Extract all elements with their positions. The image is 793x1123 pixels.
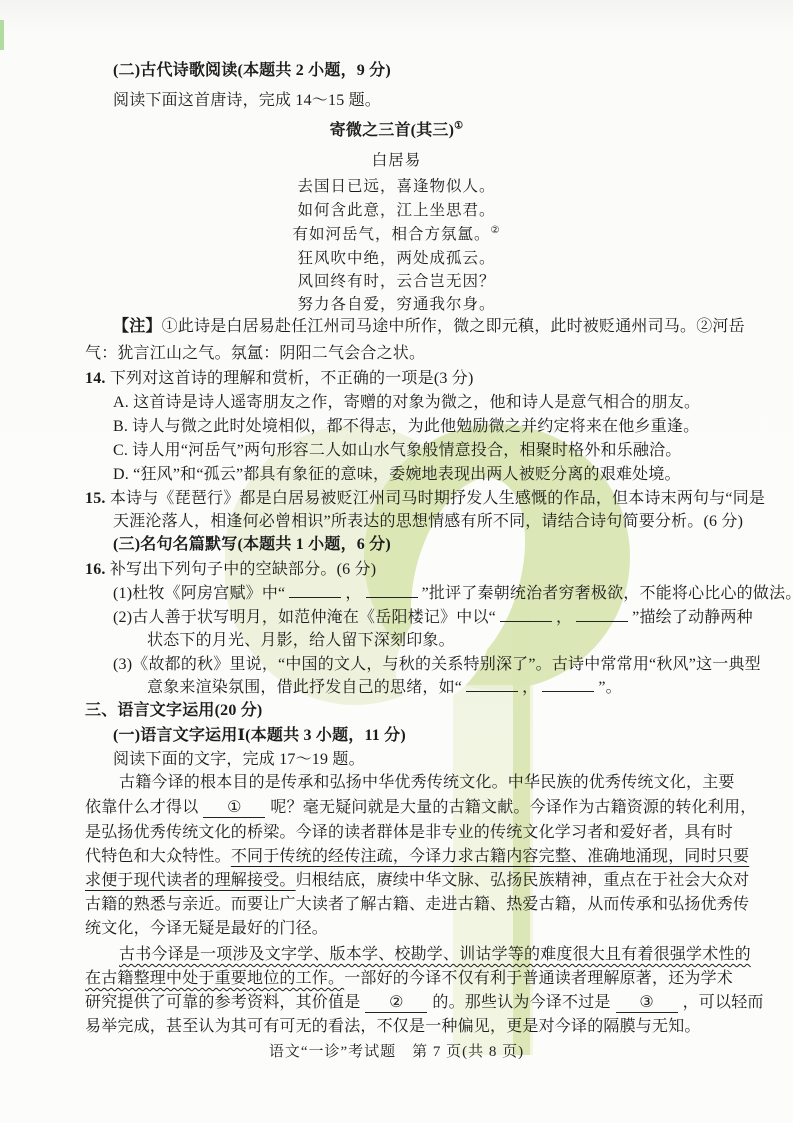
answer-blank (466, 677, 518, 692)
item3-text-b: 意象来渲染氛围，借此抒发自己的思绪，如“ (147, 679, 462, 696)
question-15-text: 本诗与《琵琶行》都是白居易被贬江州司马时期抒发人生感慨的作品，但本诗末两句与“同… (110, 490, 765, 507)
section3-sub-heading: (一)语言文字运用Ⅰ(本题共 3 小题，11 分) (113, 725, 406, 746)
poem-title-note-ref: ① (454, 121, 463, 132)
passage2-line4: 易举完成，甚至认为其可有可无的看法，不仅是一种偏见，更是对今译的隔膜与无知。 (85, 1016, 701, 1037)
passage1-line1: 古籍今译的根本目的是传承和弘扬中华优秀传统文化。中华民族的优秀传统文化，主要 (119, 772, 735, 793)
item1-text-a: (1)杜牧《阿房宫赋》中“ (113, 585, 285, 602)
passage2-text: 一部好的今译不仅有利于普通读者理解原著，还为学术 (344, 970, 733, 987)
answer-blank (366, 583, 418, 598)
poem-title-text: 寄微之三首(其三) (330, 122, 454, 139)
passage2-text: 的。那些认为今译不过是 (432, 994, 610, 1011)
passage2-text: ，可以轻而 (683, 994, 764, 1011)
numbered-blank-3: ③ (616, 994, 678, 1013)
question-14-option-d: D. “狂风”和“孤云”都具有象征的意味，委婉地表现出两人被贬分离的艰难处境。 (113, 464, 681, 485)
note-text: ①此诗是白居易赴任江州司马途中所作，微之即元稹，此时被贬通州司马。②河岳 (162, 318, 745, 335)
item3-text-c: ， (522, 679, 538, 696)
item2-text-b: ， (556, 609, 572, 626)
section-mo-heading: (三)名句名篇默写(本题共 1 小题，6 分) (113, 534, 391, 555)
poem-line-text: 有如河岳气，相合方氛氲。 (293, 226, 491, 243)
passage1-text: 呢？毫无疑问就是大量的古籍文献。今译作为古籍资源的转化利用， (270, 799, 756, 816)
item1-text-b: ， (345, 585, 361, 602)
passage1-text: 代特色和大众特性。 (85, 848, 231, 865)
passage1-line3: 是弘扬优秀传统文化的桥梁。今译的读者群体是非专业的传统文化学习者和爱好者，具有时 (85, 822, 733, 843)
answer-blank (576, 607, 628, 622)
question-14-option-c: C. 诗人用“河岳气”两句形容二人如山水气象般情意投合，相聚时格外和乐融洽。 (113, 440, 681, 461)
answer-blank (500, 607, 552, 622)
poem-note-line1: 【注】①此诗是白居易赴任江州司马途中所作，微之即元稹，此时被贬通州司马。②河岳 (113, 316, 745, 337)
question-16-item1: (1)杜牧《阿房宫赋》中“，”批评了秦朝统治者穷奢极欲，不能将心比心的做法。 (113, 583, 793, 604)
poem-line: 去国日已远，喜逢物似人。 (0, 176, 793, 197)
answer-blank (542, 677, 594, 692)
poem-note-ref: ② (491, 225, 501, 236)
question-16-number: 16. (85, 561, 106, 578)
item3-text-d: ”。 (598, 679, 622, 696)
section3-intro: 阅读下面的文字，完成 17～19 题。 (113, 749, 365, 770)
note-label: 【注】 (113, 318, 162, 335)
question-16-item2-line2: 状态下的月光、月影，给人留下深刻印象。 (147, 630, 455, 651)
poem-line: 如何含此意，江上坐思君。 (0, 200, 793, 221)
passage2-line1: 古书今译是一项涉及文字学、版本学、校勘学、训诂学等的难度很大且有着很强学术性的 (119, 944, 751, 965)
passage1-line2: 依靠什么才得以①呢？毫无疑问就是大量的古籍文献。今译作为古籍资源的转化利用， (85, 797, 756, 818)
passage1-text: 依靠什么才得以 (85, 799, 198, 816)
section2-heading: (二)古代诗歌阅读(本题共 2 小题，9 分) (113, 60, 391, 81)
passage1-line5: 求便于现代读者的理解接受。归根结底，赓续中华文脉、弘扬民族精神，重点在于社会大众… (85, 870, 749, 891)
scan-artifact (0, 20, 4, 50)
poem-title: 寄微之三首(其三)① (0, 120, 793, 141)
passage2-line3: 研究提供了可靠的参考资料，其价值是②的。那些认为今译不过是③，可以轻而 (85, 992, 764, 1013)
question-16-text: 补写出下列句子中的空缺部分。(6 分) (110, 561, 376, 578)
underlined-sentence: 不同于传统的经传注疏，今译力求古籍内容完整、准确地涌现，同时只要 (231, 848, 749, 865)
passage1-text: 归根结底，赓续中华文脉、弘扬民族精神，重点在于社会大众对 (296, 872, 750, 889)
question-14-option-a: A. 这首诗是诗人遥寄朋友之作，寄赠的对象为微之，他和诗人是意气相合的朋友。 (113, 392, 700, 413)
question-16-stem: 16. 补写出下列句子中的空缺部分。(6 分) (85, 559, 376, 580)
poem-line: 努力各自爱，穷通我尔身。 (0, 294, 793, 315)
question-15-line1: 15. 本诗与《琵琶行》都是白居易被贬江州司马时期抒发人生感慨的作品，但本诗末两… (85, 488, 765, 509)
question-15-line2: 天涯沦落人，相逢何必曾相识”所表达的思想情感有所不同，请结合诗句简要分析。(6 … (113, 511, 743, 532)
wavy-underlined-sentence: 古书今译是一项涉及文字学、版本学、校勘学、训诂学等的难度很大且有着很强学术性的 (119, 946, 751, 963)
passage1-line7: 统文化，今译无疑是最好的门径。 (85, 918, 328, 939)
poem-author: 白居易 (0, 150, 793, 171)
poem-note-line2: 气：犹言江山之气。氛氲：阴阳二气会合之状。 (85, 343, 425, 364)
question-15-number: 15. (85, 490, 106, 507)
numbered-blank-1: ① (203, 799, 265, 818)
passage1-line4: 代特色和大众特性。不同于传统的经传注疏，今译力求古籍内容完整、准确地涌现，同时只… (85, 846, 749, 867)
poem-line: 有如河岳气，相合方氛氲。② (0, 224, 793, 245)
question-14-number: 14. (85, 370, 106, 387)
section2-intro: 阅读下面这首唐诗，完成 14～15 题。 (113, 90, 381, 111)
exam-paper-page: (二)古代诗歌阅读(本题共 2 小题，9 分) 阅读下面这首唐诗，完成 14～1… (0, 0, 793, 1123)
passage1-line6: 古籍的熟悉与亲近。而要让广大读者了解古籍、走进古籍、热爱古籍，从而传承和弘扬优秀… (85, 894, 749, 915)
question-14-option-b: B. 诗人与微之此时处境相似，都不得志，为此他勉励微之并约定将来在他乡重逢。 (113, 416, 699, 437)
poem-line: 狂风吹中绝，两处成孤云。 (0, 248, 793, 269)
wavy-underlined-sentence: 在古籍整理中处于重要地位的工作。 (85, 970, 344, 987)
question-14-stem: 14. 下列对这首诗的理解和赏析，不正确的一项是(3 分) (85, 368, 473, 389)
item2-text-c: ”描绘了动静两种 (632, 609, 753, 626)
page-footer: 语文“一诊”考试题 第 7 页(共 8 页) (0, 1042, 793, 1063)
question-16-item3-line1: (3)《故都的秋》里说，“中国的文人，与秋的关系特别深了”。古诗中常常用“秋风”… (113, 654, 761, 675)
passage2-text: 研究提供了可靠的参考资料，其价值是 (85, 994, 360, 1011)
poem-line: 风回终有时，云合岂无因？ (0, 271, 793, 292)
question-16-item3-line2: 意象来渲染氛围，借此抒发自己的思绪，如“，”。 (147, 677, 622, 698)
item1-text-c: ”批评了秦朝统治者穷奢极欲，不能将心比心的做法。 (422, 585, 793, 602)
passage2-line2: 在古籍整理中处于重要地位的工作。一部好的今译不仅有利于普通读者理解原著，还为学术 (85, 968, 733, 989)
section3-heading: 三、语言文字运用(20 分) (85, 700, 262, 721)
underlined-sentence: 求便于现代读者的理解接受。 (85, 872, 296, 889)
numbered-blank-2: ② (365, 994, 427, 1013)
question-14-text: 下列对这首诗的理解和赏析，不正确的一项是(3 分) (110, 370, 474, 387)
item2-text-a: (2)古人善于状写明月，如范仲淹在《岳阳楼记》中以“ (113, 609, 496, 626)
answer-blank (289, 583, 341, 598)
question-16-item2-line1: (2)古人善于状写明月，如范仲淹在《岳阳楼记》中以“，”描绘了动静两种 (113, 607, 753, 628)
